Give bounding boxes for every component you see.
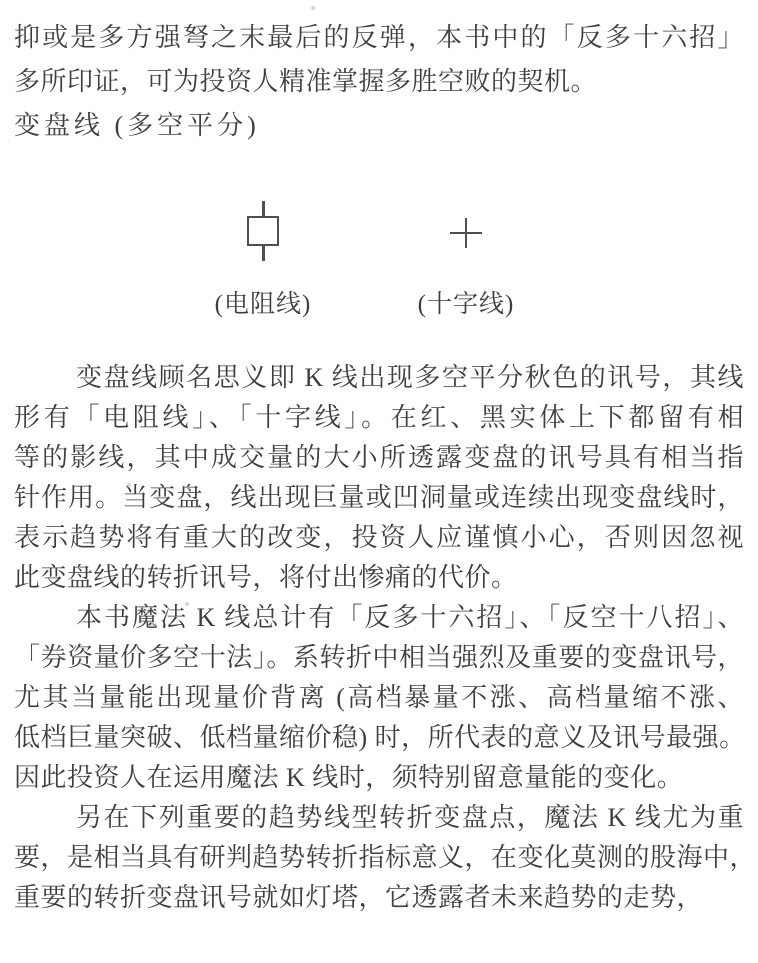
text-line: 变盘线顾名思义即 K 线出现多空平分秋色的讯号，其线 bbox=[14, 358, 744, 398]
kline-figure: (电阻线) (十字线) bbox=[14, 150, 744, 320]
text-line: 尤其当量能出现量价背离 (高档暴量不涨、高档量缩不涨、 bbox=[14, 678, 744, 718]
text-line: 因此投资人在运用魔法 K 线时，须特别留意量能的变化。 bbox=[14, 758, 744, 798]
book-page: 抑或是多方强弩之末最后的反弹，本书中的「反多十六招」 多所印证，可为投资人精准掌… bbox=[0, 0, 758, 963]
scan-speck bbox=[185, 602, 189, 606]
intro-paragraph: 抑或是多方强弩之末最后的反弹，本书中的「反多十六招」 多所印证，可为投资人精准掌… bbox=[14, 0, 744, 150]
text-line: 形有「电阻线」、「十字线」。在红、黑实体上下都留有相 bbox=[14, 398, 744, 438]
section-heading: 变盘线 (多空平分) bbox=[14, 104, 744, 148]
text-line: 针作用。当变盘，线出现巨量或凹洞量或连续出现变盘线时， bbox=[14, 478, 744, 518]
doji-cross-label: (十字线) bbox=[386, 284, 546, 320]
text-line: 要，是相当具有研判趋势转折指标意义，在变化莫测的股海中， bbox=[14, 838, 744, 878]
text-line: 等的影线，其中成交量的大小所透露变盘的讯号具有相当指 bbox=[14, 438, 744, 478]
text-line: 表示趋势将有重大的改变，投资人应谨慎小心，否则因忽视 bbox=[14, 518, 744, 558]
scan-speck bbox=[311, 6, 315, 10]
text-line: 低档巨量突破、低档量缩价稳) 时，所代表的意义及讯号最强。 bbox=[14, 718, 744, 758]
doji-cross-symbol bbox=[450, 218, 482, 248]
main-text: 变盘线顾名思义即 K 线出现多空平分秋色的讯号，其线形有「电阻线」、「十字线」。… bbox=[14, 320, 744, 918]
text-line: 抑或是多方强弩之末最后的反弹，本书中的「反多十六招」 bbox=[14, 16, 744, 60]
candlestick-lower-shadow bbox=[262, 246, 265, 261]
scan-speck bbox=[388, 855, 392, 859]
scan-speck bbox=[127, 483, 131, 487]
cross-vertical-line bbox=[465, 218, 467, 248]
text-line: 重要的转折变盘讯号就如灯塔，它透露者未来趋势的走势， bbox=[14, 878, 744, 918]
candlestick-upper-shadow bbox=[262, 201, 265, 216]
text-line: 本书魔法 K 线总计有「反多十六招」、「反空十八招」、 bbox=[14, 598, 744, 638]
text-line: 多所印证，可为投资人精准掌握多胜空败的契机。 bbox=[14, 60, 744, 104]
text-line: 此变盘线的转折讯号，将付出惨痛的代价。 bbox=[14, 558, 744, 598]
candlestick-symbol bbox=[247, 201, 279, 261]
text-line: 「券资量价多空十法」。系转折中相当强烈及重要的变盘讯号， bbox=[14, 638, 744, 678]
candlestick-label: (电阻线) bbox=[183, 284, 343, 320]
candlestick-body bbox=[247, 216, 279, 246]
text-line: 另在下列重要的趋势线型转折变盘点，魔法 K 线尤为重 bbox=[14, 798, 744, 838]
